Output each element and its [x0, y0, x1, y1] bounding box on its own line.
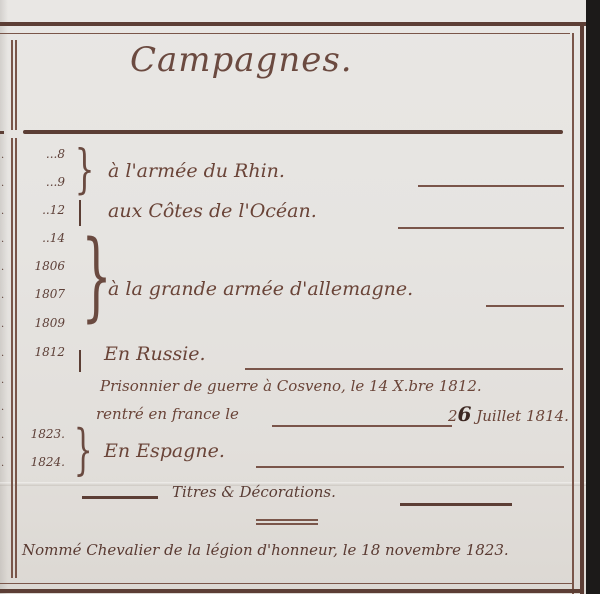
- decoration-entry: Nommé Chevalier de la légion d'honneur, …: [22, 541, 509, 559]
- frame-top-outer: [0, 22, 586, 26]
- frame-top-inner: [0, 33, 570, 34]
- row-dot: .: [1, 402, 4, 413]
- decoration-text: Nommé Chevalier de la légion d'honneur, …: [22, 541, 356, 559]
- brace-icon: }: [75, 140, 95, 200]
- entry-blank-line: [398, 227, 564, 229]
- campaign-entry: à la grande armée d'allemagne.: [108, 278, 413, 300]
- return-date-bold-digit: 6: [458, 402, 472, 426]
- header-divider-left: [0, 131, 4, 134]
- row-dot: .: [1, 348, 4, 359]
- frame-right-outer: [580, 26, 584, 594]
- return-date: 26 Juillet 1814.: [448, 402, 569, 426]
- year-label: ...9: [25, 175, 65, 189]
- year-label: 1823.: [25, 427, 65, 441]
- year-label: ..12: [25, 203, 65, 217]
- section-double-rule-top: [256, 519, 318, 521]
- section-rule-right: [400, 503, 512, 506]
- campaign-note: rentré en france le: [96, 405, 239, 423]
- row-dot: .: [1, 150, 4, 161]
- decoration-date: 18 novembre 1823.: [361, 541, 508, 559]
- year-label: ...8: [25, 147, 65, 161]
- year-label: ..14: [25, 231, 65, 245]
- year-label: 1806: [25, 259, 65, 273]
- row-dot: .: [1, 234, 4, 245]
- return-date-suffix: Juillet 1814.: [471, 407, 568, 425]
- campaign-note: Prisonnier de guerre à Cosveno, le 14 X.…: [100, 377, 482, 395]
- campaign-entry: En Russie.: [104, 343, 206, 365]
- entry-blank-line: [256, 466, 564, 468]
- row-dot: .: [1, 458, 4, 469]
- section-title: Titres & Décorations.: [172, 483, 336, 501]
- brace-icon: }: [74, 418, 93, 481]
- entry-blank-line: [486, 305, 564, 307]
- campaign-entry: à l'armée du Rhin.: [108, 160, 285, 182]
- left-column-rule-a: [11, 40, 13, 130]
- left-column-rule-b: [15, 40, 17, 130]
- campaign-entry: aux Côtes de l'Océan.: [108, 200, 317, 222]
- year-label: 1812: [25, 345, 65, 359]
- frame-bottom-outer: [0, 589, 580, 593]
- document-page: Campagnes. ...8 ...9 ..12 ..14 1806 1807…: [0, 0, 586, 594]
- return-date-prefix: 2: [448, 407, 458, 425]
- row-dot: .: [1, 290, 4, 301]
- brace-icon: }: [81, 228, 112, 324]
- year-label: 1807: [25, 287, 65, 301]
- row-dot: .: [1, 178, 4, 189]
- left-column-rule-b2: [15, 138, 17, 578]
- section-double-rule-bottom: [256, 523, 318, 525]
- year-label: 1824.: [25, 455, 65, 469]
- header-divider: [23, 130, 563, 134]
- entry-blank-line: [418, 185, 564, 187]
- bracket-bar: [79, 350, 81, 372]
- frame-right-inner: [572, 33, 574, 594]
- frame-bottom-inner: [0, 583, 572, 584]
- row-dot: .: [1, 375, 4, 386]
- row-dot: .: [1, 206, 4, 217]
- entry-blank-line: [272, 425, 452, 427]
- section-rule-left: [82, 496, 158, 499]
- left-column-rule-a2: [11, 138, 13, 578]
- entry-blank-line: [245, 368, 563, 370]
- year-label: 1809: [25, 316, 65, 330]
- row-dot: .: [1, 262, 4, 273]
- row-dot: .: [1, 430, 4, 441]
- row-dot: .: [1, 319, 4, 330]
- page-title: Campagnes.: [130, 40, 353, 80]
- campaign-entry: En Espagne.: [104, 440, 225, 462]
